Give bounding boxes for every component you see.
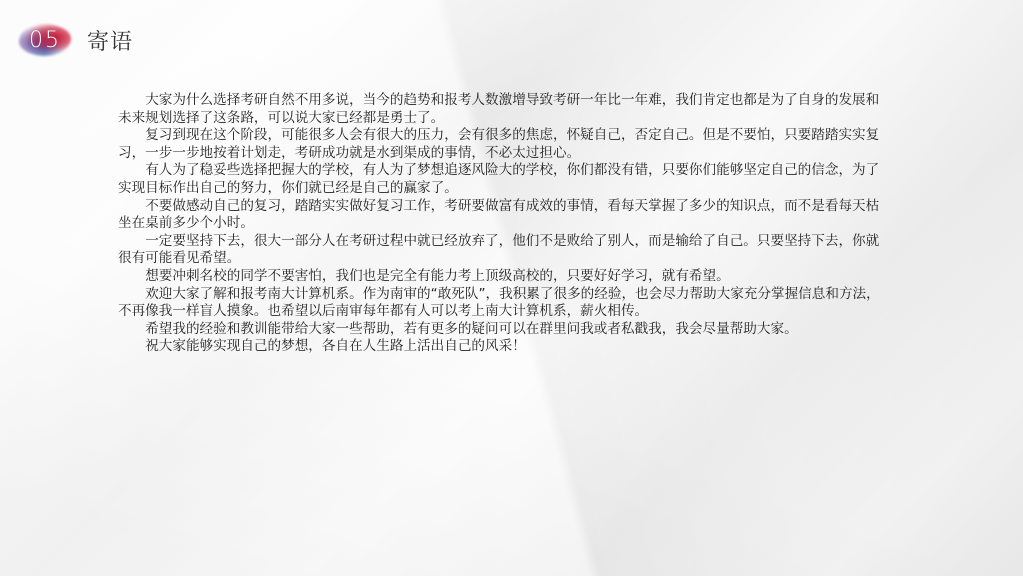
- paragraph-3: 有人为了稳妥些选择把握大的学校，有人为了梦想追逐风险大的学校，你们都没有错，只要…: [118, 162, 890, 197]
- paragraph-4: 不要做感动自己的复习，踏踏实实做好复习工作，考研要做富有成效的事情，看每天掌握了…: [118, 198, 890, 233]
- section-number-badge: 05: [17, 22, 73, 58]
- paragraph-9: 祝大家能够实现自己的梦想，各自在人生路上活出自己的风采！: [118, 338, 890, 356]
- section-number: 05: [17, 22, 73, 58]
- paragraph-6: 想要冲刺名校的同学不要害怕，我们也是完全有能力考上顶级高校的，只要好好学习，就有…: [118, 268, 890, 286]
- message-body: 大家为什么选择考研自然不用多说，当今的趋势和报考人数激增导致考研一年比一年难，我…: [118, 92, 890, 356]
- slide-header: 05 寄语: [17, 20, 133, 60]
- paragraph-8: 希望我的经验和教训能带给大家一些帮助，若有更多的疑问可以在群里问我或者私戳我，我…: [118, 321, 890, 339]
- paragraph-5: 一定要坚持下去，很大一部分人在考研过程中就已经放弃了，他们不是败给了别人，而是输…: [118, 233, 890, 268]
- paragraph-1: 大家为什么选择考研自然不用多说，当今的趋势和报考人数激增导致考研一年比一年难，我…: [118, 92, 890, 127]
- section-title: 寄语: [87, 25, 133, 56]
- paragraph-7: 欢迎大家了解和报考南大计算机系。作为南审的“敢死队”，我积累了很多的经验，也会尽…: [118, 286, 890, 321]
- paragraph-2: 复习到现在这个阶段，可能很多人会有很大的压力，会有很多的焦虑，怀疑自己，否定自己…: [118, 127, 890, 162]
